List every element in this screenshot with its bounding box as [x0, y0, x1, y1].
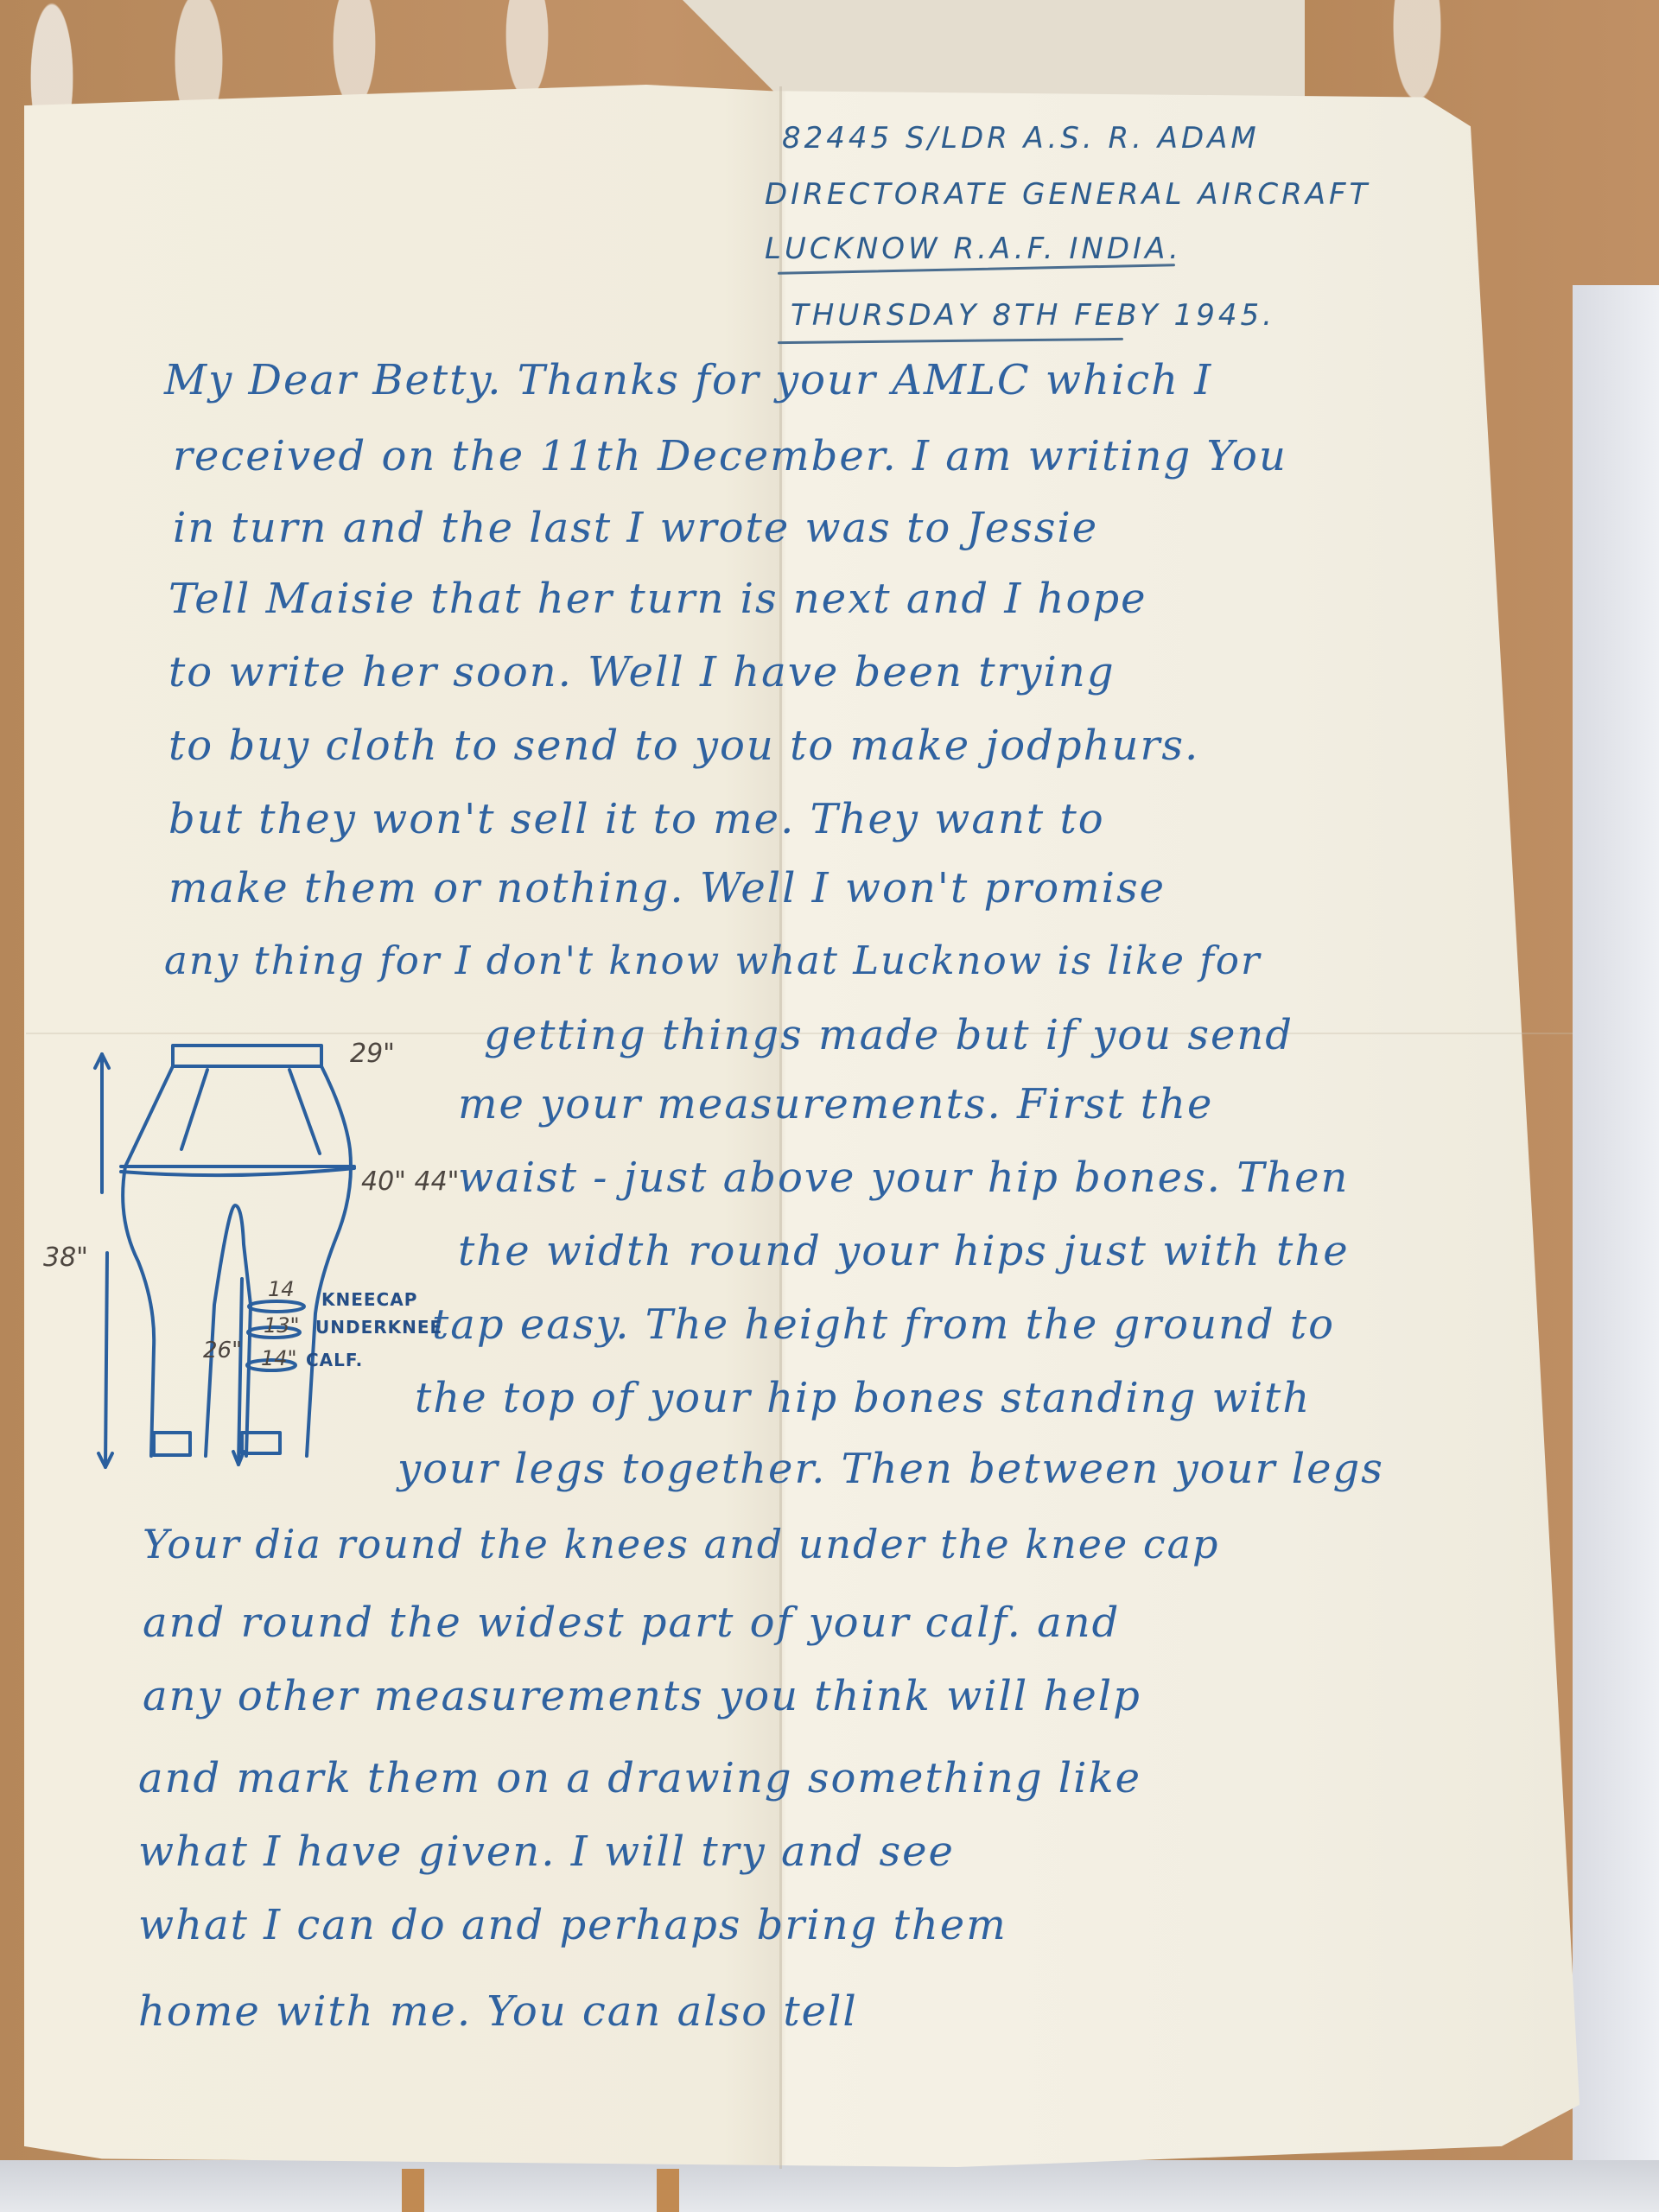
waist-measurement: 29" [350, 1039, 395, 1069]
jodhpurs-drawing: 29" 40" 44" 38" 26" 14 13" 14" KNEECAP U… [86, 1020, 501, 1503]
body-line-2: received on the 11th December. I am writ… [173, 432, 1287, 480]
body-line-15: the top of your hip bones standing with [415, 1374, 1311, 1422]
letter-date: THURSDAY 8TH FEBY 1945. [791, 298, 1275, 333]
address-line-directorate: DIRECTORATE GENERAL AIRCRAFT [765, 177, 1370, 212]
body-line-1: My Dear Betty. Thanks for your AMLC whic… [164, 356, 1212, 404]
jodhpurs-sketch-icon [86, 1020, 501, 1503]
body-line-18: and round the widest part of your calf. … [143, 1599, 1120, 1647]
body-line-17: Your dia round the knees and under the k… [143, 1521, 1219, 1567]
body-line-9: any thing for I don't know what Lucknow … [164, 938, 1262, 983]
body-line-22: what I can do and perhaps bring them [138, 1901, 1007, 1949]
body-line-16: your legs together. Then between your le… [397, 1445, 1384, 1493]
kneecap-label: KNEECAP [321, 1289, 417, 1310]
body-line-12: waist - just above your hip bones. Then [458, 1154, 1349, 1202]
body-line-21: what I have given. I will try and see [138, 1827, 955, 1876]
backing-sheet [1573, 285, 1659, 2212]
underknee-label: UNDERKNEE [315, 1317, 442, 1338]
height-measurement: 38" [43, 1243, 88, 1273]
body-line-5: to write her soon. Well I have been tryi… [168, 648, 1116, 696]
body-line-4: Tell Maisie that her turn is next and I … [168, 575, 1147, 623]
body-line-10: getting things made but if you send [484, 1011, 1294, 1059]
body-line-3: in turn and the last I wrote was to Jess… [173, 504, 1098, 552]
calf-measurement: 14" [261, 1346, 297, 1370]
easel-leg [657, 2169, 679, 2212]
underknee-measurement: 13" [264, 1313, 300, 1338]
inseam-measurement: 26" [203, 1338, 242, 1363]
address-line-service-number: 82445 S/LDR A.S. R. ADAM [782, 121, 1260, 156]
body-line-7: but they won't sell it to me. They want … [168, 795, 1105, 843]
backing-sheet-bottom [0, 2160, 1659, 2212]
body-line-14: tap easy. The height from the ground to [432, 1300, 1335, 1349]
calf-label: CALF. [306, 1350, 363, 1370]
address-line-location: LUCKNOW R.A.F. INDIA. [765, 232, 1182, 266]
body-line-13: the width round your hips just with the [458, 1227, 1350, 1275]
body-line-20: and mark them on a drawing something lik… [138, 1754, 1141, 1802]
body-line-11: me your measurements. First the [458, 1080, 1213, 1128]
body-line-19: any other measurements you think will he… [143, 1672, 1141, 1720]
body-line-8: make them or nothing. Well I won't promi… [168, 864, 1166, 912]
hip-measurement: 40" 44" [361, 1166, 459, 1197]
body-line-23: home with me. You can also tell [138, 1987, 858, 2036]
body-line-6: to buy cloth to send to you to make jodp… [168, 721, 1199, 770]
kneecap-measurement: 14 [268, 1277, 295, 1301]
easel-leg [402, 2169, 424, 2212]
